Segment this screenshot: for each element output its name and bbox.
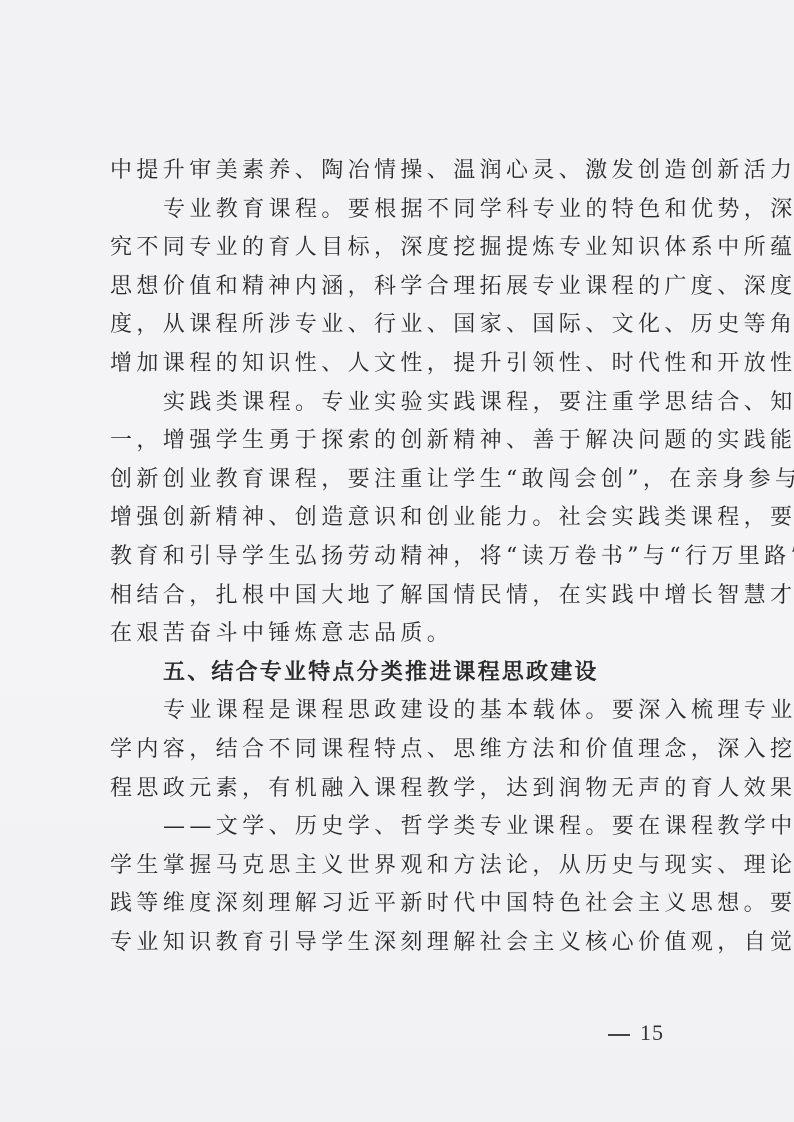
text-line: 教育和引导学生弘扬劳动精神，将“读万卷书”与“行万里路” <box>110 538 694 577</box>
paragraph-start-line: 实践类课程。专业实验实践课程，要注重学思结合、知行统 <box>110 384 694 423</box>
paragraph-start-line: 专业教育课程。要根据不同学科专业的特色和优势，深入研 <box>110 191 694 230</box>
page-number: 15 <box>608 1020 664 1046</box>
page-number-value: 15 <box>640 1020 664 1045</box>
dash-glyph <box>608 1034 630 1036</box>
section-heading: 五、结合专业特点分类推进课程思政建设 <box>110 654 694 693</box>
text-line: 思想价值和精神内涵，科学合理拓展专业课程的广度、深度和温 <box>110 268 694 307</box>
text-line: 在艰苦奋斗中锤炼意志品质。 <box>110 615 694 654</box>
text-line: 相结合，扎根中国大地了解国情民情，在实践中增长智慧才干， <box>110 577 694 616</box>
text-line: 中提升审美素养、陶冶情操、温润心灵、激发创造创新活力。 <box>110 152 694 191</box>
paragraph-start-line: 专业课程是课程思政建设的基本载体。要深入梳理专业课教 <box>110 692 694 731</box>
document-page: 中提升审美素养、陶冶情操、温润心灵、激发创造创新活力。 专业教育课程。要根据不同… <box>0 0 794 1122</box>
text-line: 创新创业教育课程，要注重让学生“敢闯会创”，在亲身参与中 <box>110 461 694 500</box>
text-line: 究不同专业的育人目标，深度挖掘提炼专业知识体系中所蕴含的 <box>110 229 694 268</box>
text-line: 增加课程的知识性、人文性，提升引领性、时代性和开放性。 <box>110 345 694 384</box>
text-line: 学内容，结合不同课程特点、思维方法和价值理念，深入挖掘课 <box>110 731 694 770</box>
text-line: 践等维度深刻理解习近平新时代中国特色社会主义思想。要结合 <box>110 885 694 924</box>
text-line: 增强创新精神、创造意识和创业能力。社会实践类课程，要注重 <box>110 499 694 538</box>
text-line: 专业知识教育引导学生深刻理解社会主义核心价值观，自觉弘扬 <box>110 924 694 963</box>
text-line: 度，从课程所涉专业、行业、国家、国际、文化、历史等角度， <box>110 306 694 345</box>
body-text: 中提升审美素养、陶冶情操、温润心灵、激发创造创新活力。 专业教育课程。要根据不同… <box>110 152 694 962</box>
text-line: 学生掌握马克思主义世界观和方法论，从历史与现实、理论与实 <box>110 847 694 886</box>
paragraph-start-line: ——文学、历史学、哲学类专业课程。要在课程教学中帮助 <box>110 808 694 847</box>
text-line: 程思政元素，有机融入课程教学，达到润物无声的育人效果。 <box>110 770 694 809</box>
text-line: 一，增强学生勇于探索的创新精神、善于解决问题的实践能力。 <box>110 422 694 461</box>
